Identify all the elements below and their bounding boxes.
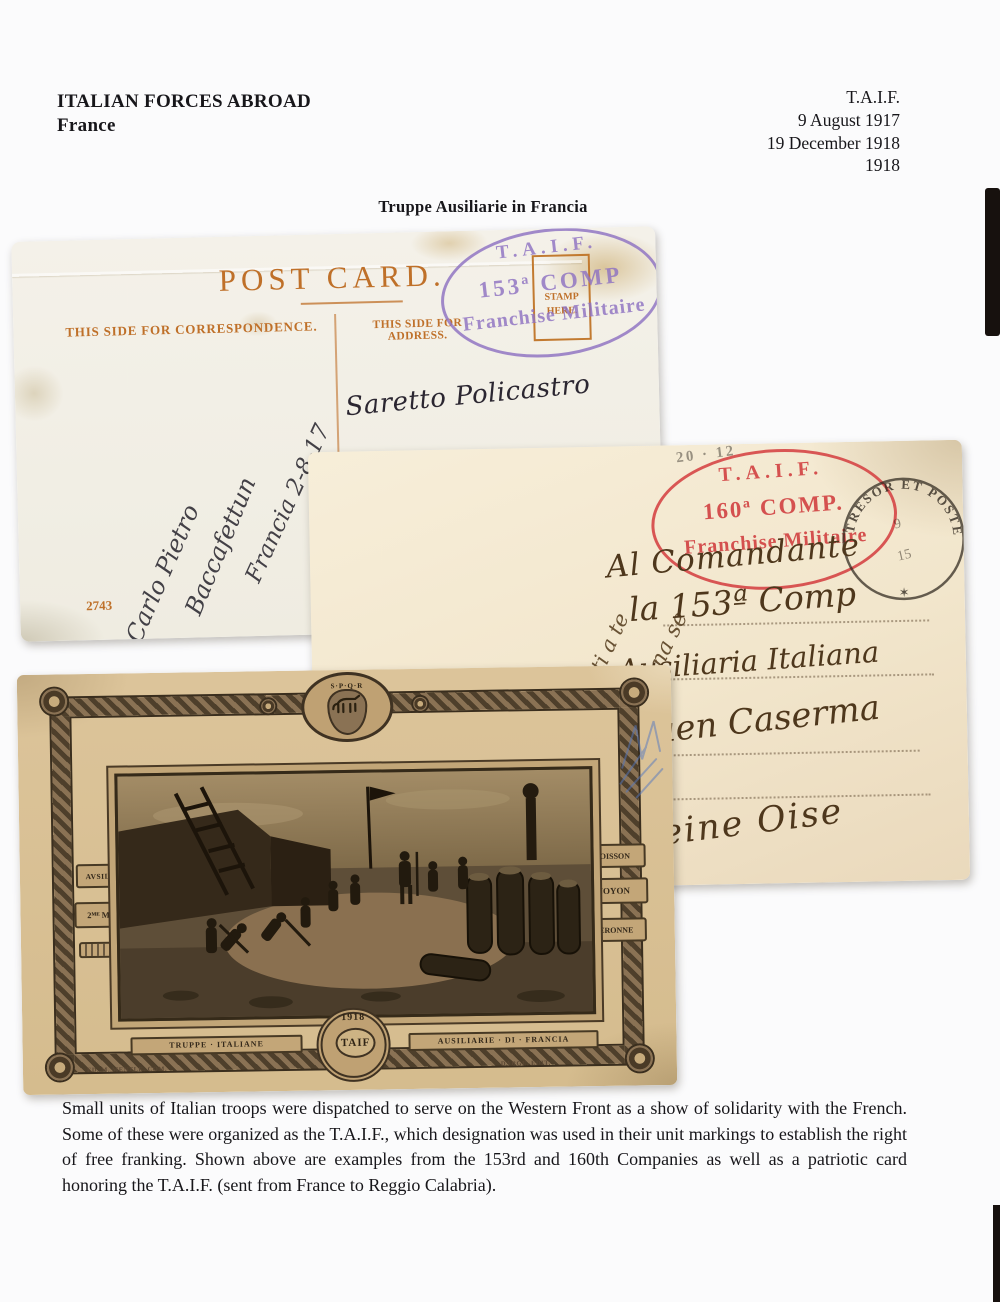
blue-pencil-scribble: [615, 707, 668, 800]
ribbon-ausiliarie-francia: AUSILIARIE · DI · FRANCIA: [408, 1030, 598, 1051]
correspondence-label: THIS SIDE FOR CORRESPONDENCE.: [53, 318, 329, 341]
taif-medallion: 1918 TAIF: [316, 1007, 391, 1082]
header-right-line3: 19 December 1918: [767, 132, 900, 155]
header-left: ITALIAN FORCES ABROAD France: [57, 90, 311, 138]
page-subtitle: France: [57, 114, 311, 138]
corner-rosette: [47, 1054, 73, 1080]
printer-imprint-left: ED. M. MENTLE. COM.: [87, 1066, 167, 1074]
handwritten-signature: Saretto Policastro: [344, 369, 591, 422]
medallion-taif-text: TAIF: [335, 1028, 375, 1059]
postmark-star: ✶: [898, 585, 909, 600]
scan-edge-artifact: [993, 1205, 1000, 1302]
trench-scene-illustration: [117, 769, 593, 1018]
section-title: Truppe Ausiliarie in Francia: [0, 197, 966, 217]
she-wolf-icon: [331, 691, 363, 717]
card-serial-number: 2743: [86, 598, 112, 615]
printer-imprint-right: DARGE. EDIT.: [501, 1060, 551, 1068]
header-right: T.A.I.F. 9 August 1917 19 December 1918 …: [767, 86, 900, 177]
caption-text: Small units of Italian troops were dispa…: [62, 1096, 907, 1198]
header-right-line4: 1918: [767, 154, 900, 177]
page-title: ITALIAN FORCES ABROAD: [57, 90, 311, 114]
scan-edge-artifact: [985, 188, 1000, 336]
postcard-title: POST CARD.: [182, 256, 483, 299]
medallion-year: 1918: [322, 1011, 384, 1023]
header-right-line1: T.A.I.F.: [767, 86, 900, 109]
corner-rosette: [621, 679, 647, 705]
wolf-shield: [327, 689, 368, 736]
handwritten-message-line2: Baccafettun: [179, 473, 261, 619]
postcard-title-rule: [301, 300, 403, 304]
header-right-line2: 9 August 1917: [767, 109, 900, 132]
postcard-taif-front: S·P·Q·R AVSILIARIE 2ᴹᴱ MARNE SOISSON NOY…: [17, 665, 678, 1095]
violet-oval-cachet-153: T.A.I.F. 153ª COMP Franchise Militaire: [434, 226, 665, 369]
small-rosette: [413, 697, 427, 711]
handwritten-message-line3: Carlo Pietro: [120, 500, 205, 642]
trench-scene-picture: [114, 766, 596, 1021]
ribbon-truppe-italiane: TRUPPE · ITALIANE: [130, 1035, 302, 1056]
postmark-year: 15: [896, 547, 913, 565]
postmark-day: 9: [893, 516, 903, 532]
corner-rosette: [627, 1045, 653, 1071]
exhibit-page: ITALIAN FORCES ABROAD France T.A.I.F. 9 …: [0, 0, 1000, 1302]
